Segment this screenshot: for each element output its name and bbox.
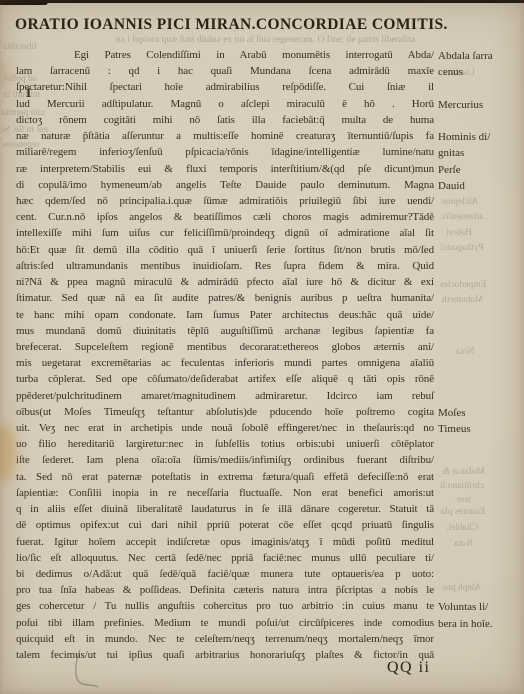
book-page: ORATIO IOANNIS PICI MIRAN.CONCORDIAE COM… <box>0 0 524 694</box>
text-line: quicquid eſt in mundo. Nec te celeſtem/n… <box>16 631 434 647</box>
text-line: intellexiſſe mihi ſum uiſus cur feliciſſ… <box>16 225 434 241</box>
text-line: næ naturæ p̄ſtātia aſſeruntur a multis:e… <box>16 128 434 144</box>
text-line: uit. Veʒ nec erat in archetipis unde nou… <box>16 420 434 436</box>
text-line: oībus(ut Moſes Timeuſqʒ teſtantur abſolu… <box>16 404 434 420</box>
text-line: cent. Cur.n.nō ipſos angelos & beatiſſim… <box>16 209 434 225</box>
text-line: ni?Nā & ppea magnū miraculū & admirādū p… <box>16 274 434 290</box>
text-line: ppēderet/pulchritudinem amaret/magnitudi… <box>16 388 434 404</box>
margin-note: bera in hoīe. <box>438 617 493 631</box>
margin-note: Dauid <box>438 179 465 193</box>
text-line: miliarē/regem inferioʒ/ſenſuū pſpicacia/… <box>16 144 434 160</box>
text-line: poſui tibi illam prefinies. Medium te mu… <box>16 615 434 631</box>
text-line: hæc qdem/ſed nō principalia.i.quæ ſūmæ a… <box>16 193 434 209</box>
text-line: bi dedimus o/Adā:ut quā ſedē/quā faciē/q… <box>16 566 434 582</box>
text-line: dictoʒ rōnem cogitāti mihi nō ſatis illa… <box>16 112 434 128</box>
text-line: di copulā/imo hymeneum/ab angelis Teſte … <box>16 177 434 193</box>
text-line: ges cohercetur / Tu nullis anguſtiis coh… <box>16 598 434 614</box>
text-line: lud Mercurii adſtipulatur. Magnū o aſcle… <box>16 96 434 112</box>
text-line: fuerat. Igitur hoīem accepit indiſcretæ … <box>16 534 434 550</box>
pencil-mark <box>68 648 112 692</box>
page-title: ORATIO IOANNIS PICI MIRAN.CONCORDIAE COM… <box>15 16 448 34</box>
text-line: lio/ſic eſt alloquutus. Nec certā ſedē/n… <box>16 550 434 566</box>
signature-mark: QQ ii <box>387 659 431 677</box>
margin-note: Mercurius <box>438 98 483 112</box>
margin-note: Moſes <box>438 406 466 420</box>
margin-note: Voluntas li/ <box>438 600 488 614</box>
paragraph-numeral: I <box>26 85 31 101</box>
margin-note: Abdala ſarra <box>438 49 493 63</box>
text-line: ræ interpretem/Stabilis eui & fluxi temp… <box>16 161 434 177</box>
text-line: Egi Patres Colendiſſimi in Arabū monumēt… <box>16 47 434 63</box>
text-line: ſapientiæ: Conſilii inopia in re neceſſa… <box>16 485 434 501</box>
text-line: hō:Et quæ ſit demū illa cōditio quā ī un… <box>16 242 434 258</box>
margin-note: gnitas <box>438 146 464 160</box>
text-line: dē optimus opifex:ut cui dari nihil ppri… <box>16 517 434 533</box>
margin-notes: Abdala ſarracenusMercuriusHominis di/gni… <box>438 47 522 667</box>
text-line: iſte ſederet. Iam plena oīa:oīa ſūmis/me… <box>16 452 434 468</box>
text-line: lam ſarracenū : qd i hac quaſi Mundana ſ… <box>16 63 434 79</box>
text-line: ſpectaretur:Nihil ſpectari hoīe admirabi… <box>16 79 434 95</box>
foxing-stain-small <box>0 60 8 90</box>
foxing-stain <box>0 424 17 482</box>
margin-note: Hominis di/ <box>438 130 490 144</box>
text-line: brefecerat. Supceleſtem regionē mentibus… <box>16 339 434 355</box>
text-line: ta. Sed nō erat paternæ poteſtatis in ex… <box>16 469 434 485</box>
text-line: q in aliis eſſet diuinā liberalitatē lau… <box>16 501 434 517</box>
main-text-block: Egi Patres Colendiſſimi in Arabū monumēt… <box>16 47 434 663</box>
page-edge-corner <box>0 0 48 5</box>
margin-note: Timeus <box>438 422 471 436</box>
text-line: te hanc mihi opam condonate. Iam ſumus P… <box>16 307 434 323</box>
text-line: ſtimatur. Sed quæ nā ea ſit audite patre… <box>16 290 434 306</box>
text-line: mis uegetarat excremētarias ac feculenta… <box>16 355 434 371</box>
margin-note: cenus <box>438 65 463 79</box>
text-line: turba cōplerat. Sed ope cōſumato/deſider… <box>16 371 434 387</box>
ghost-annotation: na i ſupiora quæ ſunt diuina ex tui aī ſ… <box>116 35 415 46</box>
margin-note: Perſe <box>438 163 461 177</box>
text-line: uo filio hereditariū largiretur:nec in ſ… <box>16 436 434 452</box>
text-line: pro tua ſnīa habeas & poſſideas. Definit… <box>16 582 434 598</box>
text-line: aſtris:ſed ultramundanis mentibus inuidi… <box>16 258 434 274</box>
page-edge-line <box>0 0 524 3</box>
text-line: mus mundanā domū diuinitatis tēplū auguſ… <box>16 323 434 339</box>
